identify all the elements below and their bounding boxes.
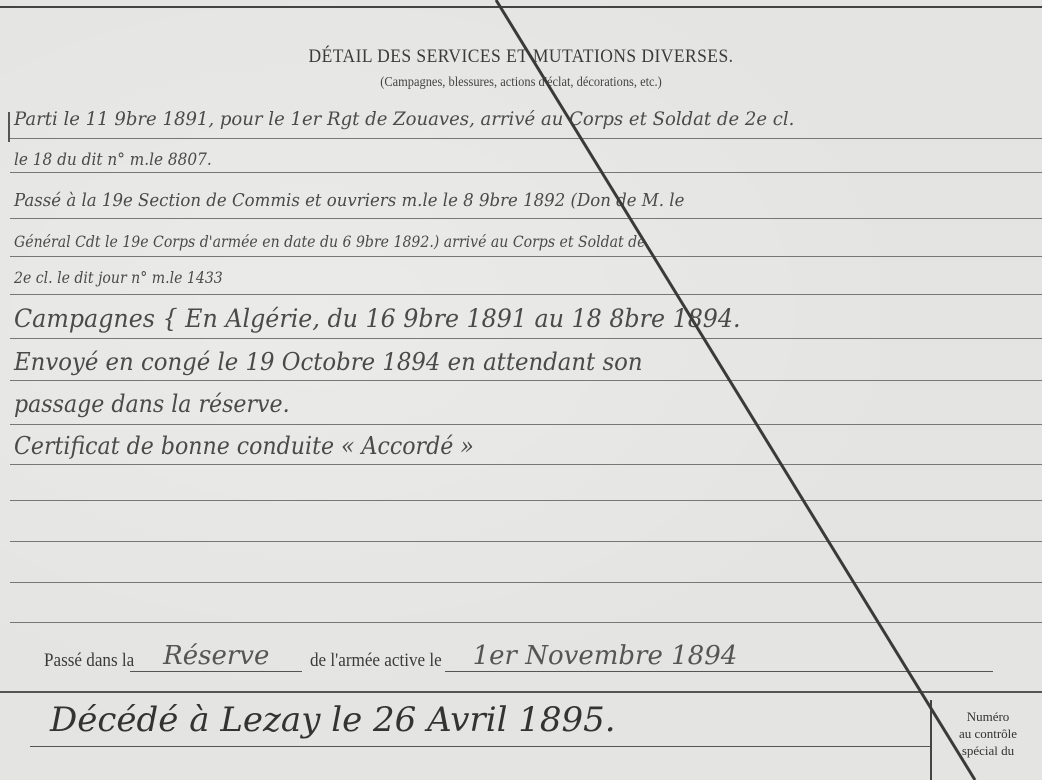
top-rule — [0, 6, 1042, 8]
reserve-row: Passé dans la Réserve de l'armée active … — [44, 640, 993, 672]
handwritten-entry: Envoyé en congé le 19 Octobre 1894 en at… — [14, 348, 643, 376]
ruled-line — [10, 218, 1042, 219]
handwritten-entry: Campagnes { En Algérie, du 16 9bre 1891 … — [14, 304, 741, 333]
ruled-line — [10, 582, 1042, 583]
ruled-line — [10, 338, 1042, 339]
reserve-date: 1er Novembre 1894 — [445, 641, 993, 672]
death-note: Décédé à Lezay le 26 Avril 1895. — [30, 700, 930, 747]
record-page: DÉTAIL DES SERVICES ET MUTATIONS DIVERSE… — [0, 0, 1042, 780]
side-box-label: Numéro au contrôle spécial du — [932, 708, 1042, 759]
ruled-line — [10, 172, 1042, 173]
ruled-line — [10, 464, 1042, 465]
handwritten-entry: passage dans la réserve. — [14, 390, 290, 418]
handwritten-entry: 2e cl. le dit jour n° m.le 1433 — [14, 268, 223, 287]
handwritten-entry: Parti le 11 9bre 1891, pour le 1er Rgt d… — [14, 108, 794, 130]
reserve-value: Réserve — [130, 641, 302, 672]
ruled-line — [10, 380, 1042, 381]
ruled-line — [10, 424, 1042, 425]
handwritten-entry: Passé à la 19e Section de Commis et ouvr… — [14, 190, 684, 211]
section-subheading: (Campagnes, blessures, actions d'éclat, … — [42, 74, 1001, 90]
reserve-middle: de l'armée active le — [310, 650, 442, 672]
ruled-line — [10, 541, 1042, 542]
handwritten-entry: Général Cdt le 19e Corps d'armée en date… — [14, 232, 645, 251]
ruled-line — [10, 256, 1042, 257]
section-divider — [0, 691, 1042, 693]
side-box: Numéro au contrôle spécial du — [930, 700, 1042, 780]
reserve-prefix: Passé dans la — [44, 650, 134, 672]
ruled-line — [10, 500, 1042, 501]
handwritten-entry: le 18 du dit n° m.le 8807. — [14, 150, 212, 170]
handwritten-entry: Certificat de bonne conduite « Accordé » — [14, 432, 474, 460]
section-heading: DÉTAIL DES SERVICES ET MUTATIONS DIVERSE… — [42, 46, 1001, 68]
ruled-line — [10, 294, 1042, 295]
ruled-line — [10, 138, 1042, 139]
side-box-line: Numéro — [932, 708, 1042, 725]
side-box-line: spécial du — [932, 742, 1042, 759]
side-box-line: au contrôle — [932, 725, 1042, 742]
ruled-line — [10, 622, 1042, 623]
